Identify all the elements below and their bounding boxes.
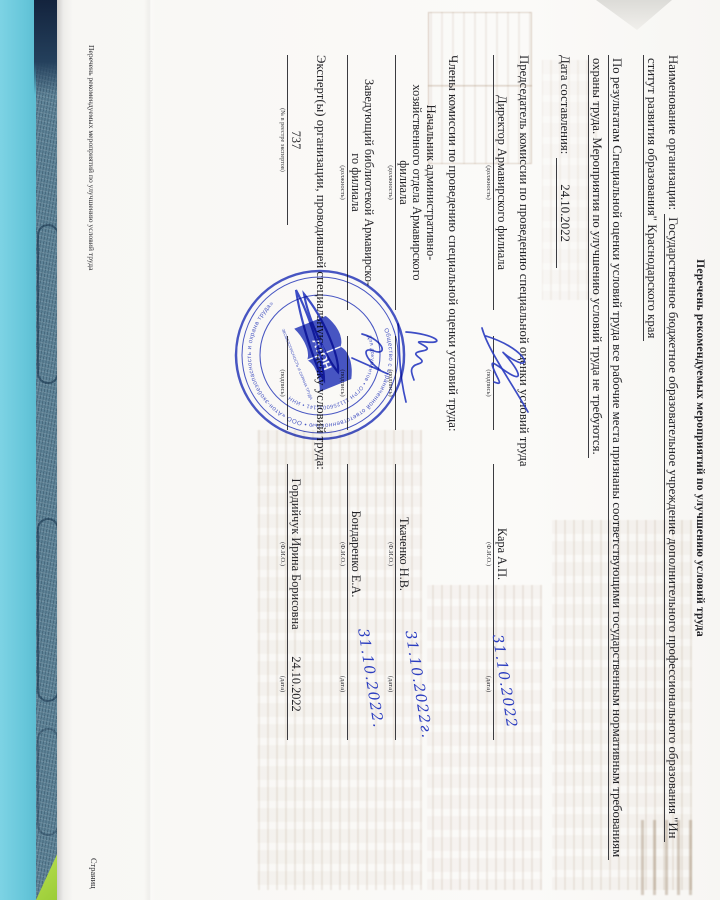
name-caption: (Ф.И.О.) [485, 464, 493, 644]
position-text: филиала [396, 160, 410, 204]
chairman-signature [480, 320, 536, 420]
divider-tab-outline [37, 728, 59, 836]
position-caption: (должность) [485, 55, 493, 310]
position-text: хозяйственного отдела Армавирского [410, 84, 424, 280]
document-page: Перечень рекомендуемых мероприятий по ул… [57, 0, 720, 900]
position-column: Директор Армавирского филиала (должность… [485, 55, 512, 310]
expert-number: 737 [288, 131, 302, 149]
name-text: Бондаренко Е.А. [348, 511, 362, 598]
date-caption: (дата) [387, 628, 395, 740]
date-caption: (дата) [339, 628, 347, 740]
name-caption: (Ф.И.О.) [387, 464, 395, 644]
result-text-2: охраны труда. Мероприятия по улучшению у… [588, 55, 604, 458]
stamp-logo-book-icon: АТОН ЭКОБЕЗОПАСНОСТЬ И ОХРАНА ТРУДА [281, 310, 359, 401]
footer-left-text: Перечень рекомендуемых мероприятий по ул… [87, 45, 96, 270]
position-text: Заведующий библиотекой Армавирско- [362, 79, 376, 286]
company-stamp: Общество с ограниченной ответственностью… [232, 267, 408, 443]
name-column: Ткаченко Н.В. (Ф.И.О.) [387, 464, 440, 644]
date-line: Дата составления: 24.10.2022 [556, 55, 572, 900]
divider-tab-outline [37, 224, 59, 384]
position-text: Директор Армавирского филиала [494, 95, 508, 270]
result-line-1: По результатам Специальной оценки услови… [608, 55, 624, 900]
name-column: Бондаренко Е.А. (Ф.И.О.) [339, 464, 378, 644]
organization-value-2: ститут развития образования" Краснодарск… [643, 55, 659, 341]
name-text: Гордийчук Ирина Борисовна [288, 478, 302, 629]
date-label: Дата составления: [556, 55, 572, 158]
result-line-2: охраны труда. Мероприятия по улучшению у… [588, 55, 604, 900]
result-text-1: По результатам Специальной оценки услови… [608, 55, 624, 860]
document-title: Перечень рекомендуемых мероприятий по ул… [694, 0, 707, 896]
organization-line-1: Наименование организации: Государственно… [664, 55, 680, 900]
position-text: Начальник административно- [423, 105, 437, 261]
organization-line-2: ститут развития образования" Краснодарск… [643, 55, 659, 900]
name-text: Кара А.П. [494, 528, 508, 580]
organization-value-1: Государственное бюджетное образовательно… [664, 214, 680, 841]
name-caption: (Ф.И.О.) [279, 464, 287, 644]
scanned-document: Перечень рекомендуемых мероприятий по ул… [0, 0, 720, 900]
name-column: Гордийчук Ирина Борисовна (Ф.И.О.) [279, 464, 306, 644]
date-text: 24.10.2022 [288, 656, 302, 711]
position-text: го филиала [348, 153, 362, 211]
date-value: 24.10.2022 [556, 158, 572, 268]
footer-page-number: Страниц [89, 858, 98, 889]
divider-tab-outline [37, 518, 59, 702]
organization-label: Наименование организации: [664, 55, 680, 214]
date-column: 24.10.2022 (дата) [279, 628, 306, 740]
name-column: Кара А.П. (Ф.И.О.) [485, 464, 512, 644]
expert-number-caption: (№ в реестре экспертов) [279, 55, 287, 225]
expert-number-column: 737 (№ в реестре экспертов) [279, 55, 306, 225]
name-text: Ткаченко Н.В. [396, 517, 410, 591]
date-caption: (дата) [279, 628, 287, 740]
binder-dark-corner [34, 0, 58, 95]
name-caption: (Ф.И.О.) [339, 464, 347, 644]
